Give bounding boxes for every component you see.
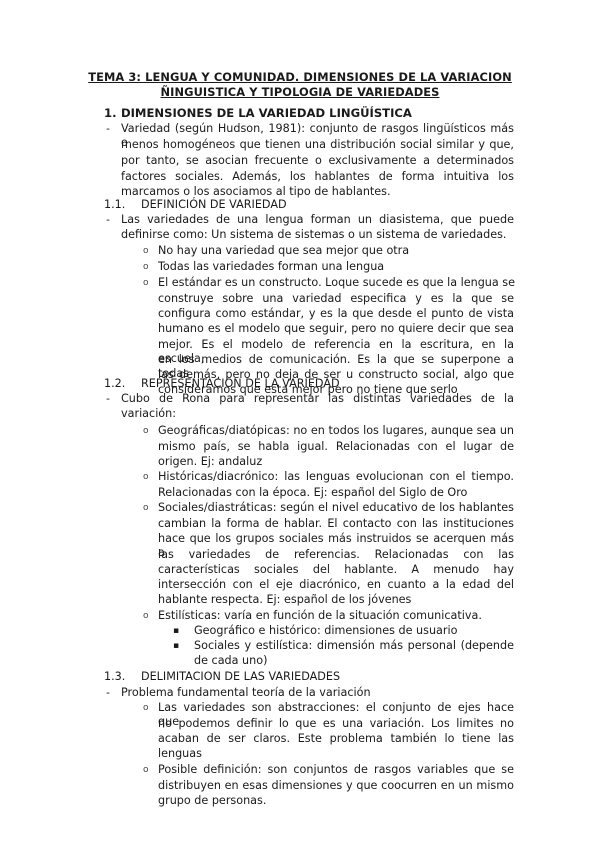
bullet-line: mismo país, se habla igual. Relacionadas… — [158, 440, 514, 454]
circle-bullet-icon: o — [143, 609, 149, 623]
paragraph-line: marcamos o los asociamos al tipo de habl… — [121, 185, 391, 199]
subsection-heading: DEFINICIÓN DE VARIEDAD — [141, 198, 287, 212]
bullet-line: humano es el modelo que seguir, pero no … — [158, 322, 514, 336]
bullet-line: las variedades de referencias. Relaciona… — [158, 548, 514, 562]
square-bullet-icon: ▪ — [173, 624, 179, 638]
bullet-line: origen. Ej: andaluz — [158, 455, 262, 469]
title-line-1: TEMA 3: LENGUA Y COMUNIDAD. DIMENSIONES … — [80, 70, 520, 85]
bullet-line: cambian la forma de hablar. El contacto … — [158, 517, 514, 531]
subsection-number: 1.3. — [104, 670, 125, 684]
section-number: 1. — [104, 106, 116, 120]
sub-bullet-line: Sociales y estilística: dimensión más pe… — [194, 639, 514, 653]
paragraph-line: variación: — [121, 407, 176, 421]
subsection-heading: DELIMITACION DE LAS VARIEDADES — [141, 670, 340, 684]
bullet-line: construye sobre una variedad especifica … — [158, 292, 514, 306]
circle-bullet-icon: o — [143, 244, 149, 258]
paragraph-line: definirse como: Un sistema de sistemas o… — [121, 228, 506, 242]
circle-bullet-icon: o — [143, 763, 149, 777]
paragraph-line: Las variedades de una lengua forman un d… — [121, 213, 514, 227]
circle-bullet-icon: o — [143, 276, 149, 290]
square-bullet-icon: ▪ — [173, 639, 179, 653]
bullet-line: El estándar es un constructo. Loque suce… — [158, 276, 515, 290]
bullet-line: distribuyen en esas dimensiones y que co… — [158, 779, 514, 793]
bullet-line: intersección con el eje diacrónico, en c… — [158, 578, 514, 592]
bullet-line: No hay una variedad que sea mejor que ot… — [158, 244, 409, 258]
subsection-heading: REPRESENTACION DE LA VARIEDAD — [141, 377, 340, 391]
circle-bullet-icon: o — [143, 260, 149, 274]
paragraph-line: por tanto, se asocian frecuente o exclus… — [121, 154, 514, 168]
bullet-line: Relacionadas con la época. Ej: español d… — [158, 486, 467, 500]
circle-bullet-icon: o — [143, 501, 149, 515]
bullet-line: grupo de personas. — [158, 794, 266, 808]
circle-bullet-icon: o — [143, 424, 149, 438]
bullet-line: configura como estándar, y es la que des… — [158, 307, 514, 321]
dash-marker: - — [106, 122, 110, 136]
bullet-line: hablante respecta. Ej: español de los jó… — [158, 593, 411, 607]
bullet-line: Sociales/diastráticas: según el nivel ed… — [158, 501, 514, 515]
bullet-line: Todas las variedades forman una lengua — [158, 260, 384, 274]
paragraph-line: Cubo de Rona para representar las distin… — [121, 392, 514, 406]
document-page: TEMA 3: LENGUA Y COMUNIDAD. DIMENSIONES … — [0, 0, 599, 848]
bullet-line: acaban de ser claros. Este problema tamb… — [158, 732, 514, 746]
dash-marker: - — [106, 686, 110, 700]
bullet-line: características sociales del hablante. A… — [158, 563, 514, 577]
bullet-line: no podemos definir lo que es una variaci… — [158, 717, 514, 731]
sub-bullet-line: de cada uno) — [194, 654, 267, 668]
paragraph-line: Problema fundamental teoría de la variac… — [121, 686, 371, 700]
subsection-number: 1.1. — [104, 198, 125, 212]
paragraph-line: factores sociales. Además, los hablantes… — [121, 170, 514, 184]
bullet-line: Históricas/diacrónico: las lenguas evolu… — [158, 470, 514, 484]
dash-marker: - — [106, 392, 110, 406]
circle-bullet-icon: o — [143, 470, 149, 484]
bullet-line: Posible definición: son conjuntos de ras… — [158, 763, 514, 777]
section-heading: DIMENSIONES DE LA VARIEDAD LINGÜÍSTICA — [121, 106, 412, 120]
sub-bullet-line: Geográfico e histórico: dimensiones de u… — [194, 624, 457, 638]
document-title: TEMA 3: LENGUA Y COMUNIDAD. DIMENSIONES … — [80, 70, 520, 99]
dash-marker: - — [106, 213, 110, 227]
paragraph-line: menos homogéneos que tienen una distribu… — [121, 138, 514, 152]
subsection-number: 1.2. — [104, 377, 125, 391]
bullet-line: Estilísticas: varía en función de la sit… — [158, 609, 482, 623]
circle-bullet-icon: o — [143, 701, 149, 715]
title-line-2: ÑINGUISTICA Y TIPOLOGIA DE VARIEDADES — [80, 85, 520, 100]
bullet-line: lenguas — [158, 747, 202, 761]
bullet-line: Geográficas/diatópicas: no en todos los … — [158, 424, 514, 438]
